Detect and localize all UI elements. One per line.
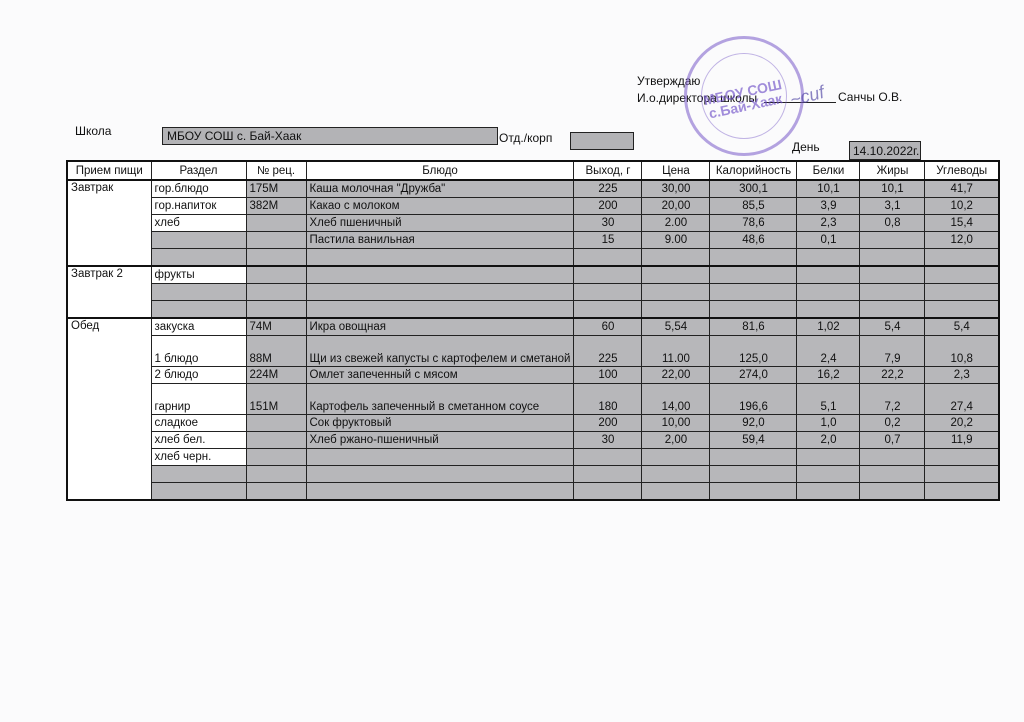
yield-cell	[574, 449, 642, 466]
col-dish: Блюдо	[306, 161, 574, 180]
day-label: День	[792, 140, 820, 154]
table-row: Пастила ванильная159.0048,60,112,0	[67, 232, 999, 249]
col-yield: Выход, г	[574, 161, 642, 180]
dish-cell	[306, 449, 574, 466]
yield-cell: 15	[574, 232, 642, 249]
dish-cell: Какао с молоком	[306, 198, 574, 215]
carbs-cell	[925, 249, 999, 267]
protein-cell	[797, 284, 860, 301]
recipe-cell	[246, 215, 306, 232]
protein-cell: 1,02	[797, 318, 860, 336]
meal-name: Обед	[67, 318, 151, 500]
price-cell	[642, 301, 710, 319]
table-row: хлеб бел.Хлеб ржано-пшеничный302,0059,42…	[67, 432, 999, 449]
recipe-cell	[246, 483, 306, 501]
carbs-cell: 12,0	[925, 232, 999, 249]
section-cell: закуска	[151, 318, 246, 336]
table-row: 1 блюдо88МЩи из свежей капусты с картофе…	[67, 336, 999, 367]
table-row: хлеб черн.	[67, 449, 999, 466]
meal-name: Завтрак 2	[67, 266, 151, 318]
yield-cell	[574, 249, 642, 267]
kcal-cell	[710, 483, 797, 501]
kcal-cell: 78,6	[710, 215, 797, 232]
protein-cell: 1,0	[797, 415, 860, 432]
price-cell	[642, 284, 710, 301]
yield-cell: 60	[574, 318, 642, 336]
yield-cell: 30	[574, 215, 642, 232]
table-row: гарнир151МКартофель запеченный в сметанн…	[67, 384, 999, 415]
table-row: Обедзакуска74МИкра овощная605,5481,61,02…	[67, 318, 999, 336]
section-cell: хлеб	[151, 215, 246, 232]
dish-cell: Омлет запеченный с мясом	[306, 367, 574, 384]
price-cell: 22,00	[642, 367, 710, 384]
protein-cell	[797, 266, 860, 284]
dish-cell	[306, 284, 574, 301]
yield-cell: 225	[574, 180, 642, 198]
carbs-cell	[925, 284, 999, 301]
fat-cell: 3,1	[860, 198, 925, 215]
table-row: сладкоеСок фруктовый20010,0092,01,00,220…	[67, 415, 999, 432]
carbs-cell	[925, 449, 999, 466]
section-cell: хлеб бел.	[151, 432, 246, 449]
table-row	[67, 249, 999, 267]
dept-label: Отд./корп	[499, 131, 552, 145]
protein-cell: 2,3	[797, 215, 860, 232]
fat-cell: 0,8	[860, 215, 925, 232]
price-cell	[642, 483, 710, 501]
meal-name: Завтрак	[67, 180, 151, 266]
price-cell: 2.00	[642, 215, 710, 232]
price-cell: 14,00	[642, 384, 710, 415]
table-row	[67, 483, 999, 501]
yield-cell	[574, 301, 642, 319]
section-cell: гарнир	[151, 384, 246, 415]
dept-field	[570, 132, 634, 150]
recipe-cell	[246, 432, 306, 449]
dish-cell	[306, 266, 574, 284]
section-cell: гор.блюдо	[151, 180, 246, 198]
protein-cell	[797, 449, 860, 466]
kcal-cell: 81,6	[710, 318, 797, 336]
price-cell: 11.00	[642, 336, 710, 367]
fat-cell: 7,2	[860, 384, 925, 415]
protein-cell	[797, 249, 860, 267]
kcal-cell: 125,0	[710, 336, 797, 367]
recipe-cell: 88М	[246, 336, 306, 367]
fat-cell: 0,7	[860, 432, 925, 449]
protein-cell: 2,0	[797, 432, 860, 449]
recipe-cell	[246, 466, 306, 483]
dish-cell	[306, 249, 574, 267]
school-label: Школа	[75, 124, 111, 138]
carbs-cell: 20,2	[925, 415, 999, 432]
kcal-cell: 85,5	[710, 198, 797, 215]
yield-cell	[574, 466, 642, 483]
table-row: 2 блюдо224МОмлет запеченный с мясом10022…	[67, 367, 999, 384]
fat-cell	[860, 483, 925, 501]
dish-cell: Хлеб пшеничный	[306, 215, 574, 232]
fat-cell	[860, 266, 925, 284]
recipe-cell	[246, 266, 306, 284]
kcal-cell: 48,6	[710, 232, 797, 249]
yield-cell	[574, 266, 642, 284]
fat-cell	[860, 466, 925, 483]
yield-cell: 30	[574, 432, 642, 449]
section-cell: 2 блюдо	[151, 367, 246, 384]
dish-cell	[306, 301, 574, 319]
table-row: гор.напиток382МКакао с молоком20020,0085…	[67, 198, 999, 215]
protein-cell	[797, 466, 860, 483]
kcal-cell	[710, 284, 797, 301]
kcal-cell: 196,6	[710, 384, 797, 415]
col-protein: Белки	[797, 161, 860, 180]
col-meal: Прием пищи	[67, 161, 151, 180]
price-cell	[642, 249, 710, 267]
recipe-cell	[246, 232, 306, 249]
carbs-cell	[925, 301, 999, 319]
fat-cell: 7,9	[860, 336, 925, 367]
carbs-cell: 15,4	[925, 215, 999, 232]
col-kcal: Калорийность	[710, 161, 797, 180]
fat-cell	[860, 232, 925, 249]
price-cell: 30,00	[642, 180, 710, 198]
carbs-cell	[925, 483, 999, 501]
menu-table: Прием пищи Раздел № рец. Блюдо Выход, г …	[66, 160, 1000, 501]
carbs-cell: 41,7	[925, 180, 999, 198]
protein-cell	[797, 301, 860, 319]
protein-cell: 10,1	[797, 180, 860, 198]
carbs-cell: 10,8	[925, 336, 999, 367]
price-cell	[642, 466, 710, 483]
recipe-cell	[246, 449, 306, 466]
carbs-cell: 10,2	[925, 198, 999, 215]
dish-cell: Каша молочная "Дружба"	[306, 180, 574, 198]
yield-cell: 100	[574, 367, 642, 384]
kcal-cell: 274,0	[710, 367, 797, 384]
yield-cell: 180	[574, 384, 642, 415]
carbs-cell: 2,3	[925, 367, 999, 384]
recipe-cell: 224М	[246, 367, 306, 384]
fat-cell	[860, 284, 925, 301]
table-row: хлебХлеб пшеничный302.0078,62,30,815,4	[67, 215, 999, 232]
table-row: Завтрак 2фрукты	[67, 266, 999, 284]
table-row	[67, 466, 999, 483]
carbs-cell: 11,9	[925, 432, 999, 449]
kcal-cell	[710, 466, 797, 483]
protein-cell: 3,9	[797, 198, 860, 215]
yield-cell	[574, 483, 642, 501]
col-section: Раздел	[151, 161, 246, 180]
recipe-cell	[246, 415, 306, 432]
dish-cell: Сок фруктовый	[306, 415, 574, 432]
section-cell	[151, 301, 246, 319]
protein-cell: 16,2	[797, 367, 860, 384]
dish-cell	[306, 466, 574, 483]
price-cell: 5,54	[642, 318, 710, 336]
fat-cell	[860, 449, 925, 466]
table-row	[67, 284, 999, 301]
col-price: Цена	[642, 161, 710, 180]
section-cell	[151, 284, 246, 301]
carbs-cell	[925, 266, 999, 284]
fat-cell: 0,2	[860, 415, 925, 432]
director-name: Санчы О.В.	[838, 90, 902, 104]
protein-cell	[797, 483, 860, 501]
recipe-cell: 151М	[246, 384, 306, 415]
section-cell: фрукты	[151, 266, 246, 284]
section-cell: сладкое	[151, 415, 246, 432]
recipe-cell: 382М	[246, 198, 306, 215]
price-cell: 2,00	[642, 432, 710, 449]
fat-cell: 5,4	[860, 318, 925, 336]
yield-cell: 200	[574, 198, 642, 215]
recipe-cell	[246, 284, 306, 301]
date-field: 14.10.2022г.	[849, 141, 921, 160]
dish-cell: Пастила ванильная	[306, 232, 574, 249]
carbs-cell	[925, 466, 999, 483]
kcal-cell	[710, 249, 797, 267]
table-header-row: Прием пищи Раздел № рец. Блюдо Выход, г …	[67, 161, 999, 180]
recipe-cell	[246, 301, 306, 319]
kcal-cell: 59,4	[710, 432, 797, 449]
protein-cell: 5,1	[797, 384, 860, 415]
fat-cell	[860, 249, 925, 267]
carbs-cell: 27,4	[925, 384, 999, 415]
fat-cell: 10,1	[860, 180, 925, 198]
section-cell: 1 блюдо	[151, 336, 246, 367]
price-cell: 10,00	[642, 415, 710, 432]
kcal-cell	[710, 449, 797, 466]
price-cell	[642, 266, 710, 284]
dish-cell: Картофель запеченный в сметанном соусе	[306, 384, 574, 415]
dish-cell: Хлеб ржано-пшеничный	[306, 432, 574, 449]
yield-cell: 200	[574, 415, 642, 432]
price-cell: 20,00	[642, 198, 710, 215]
yield-cell: 225	[574, 336, 642, 367]
kcal-cell	[710, 266, 797, 284]
table-row: Завтракгор.блюдо175МКаша молочная "Дружб…	[67, 180, 999, 198]
carbs-cell: 5,4	[925, 318, 999, 336]
kcal-cell	[710, 301, 797, 319]
school-field: МБОУ СОШ с. Бай-Хаак	[162, 127, 498, 145]
col-fat: Жиры	[860, 161, 925, 180]
dish-cell: Щи из свежей капусты с картофелем и смет…	[306, 336, 574, 367]
section-cell	[151, 232, 246, 249]
section-cell: гор.напиток	[151, 198, 246, 215]
dish-cell: Икра овощная	[306, 318, 574, 336]
fat-cell: 22,2	[860, 367, 925, 384]
fat-cell	[860, 301, 925, 319]
recipe-cell: 74М	[246, 318, 306, 336]
recipe-cell	[246, 249, 306, 267]
table-row	[67, 301, 999, 319]
price-cell: 9.00	[642, 232, 710, 249]
price-cell	[642, 449, 710, 466]
section-cell	[151, 249, 246, 267]
recipe-cell: 175М	[246, 180, 306, 198]
col-carbs: Углеводы	[925, 161, 999, 180]
kcal-cell: 92,0	[710, 415, 797, 432]
official-stamp: МБОУ СОШ с.Бай-Хаак	[684, 36, 804, 156]
kcal-cell: 300,1	[710, 180, 797, 198]
section-cell: хлеб черн.	[151, 449, 246, 466]
dish-cell	[306, 483, 574, 501]
section-cell	[151, 466, 246, 483]
protein-cell: 2,4	[797, 336, 860, 367]
col-recipe: № рец.	[246, 161, 306, 180]
section-cell	[151, 483, 246, 501]
yield-cell	[574, 284, 642, 301]
protein-cell: 0,1	[797, 232, 860, 249]
